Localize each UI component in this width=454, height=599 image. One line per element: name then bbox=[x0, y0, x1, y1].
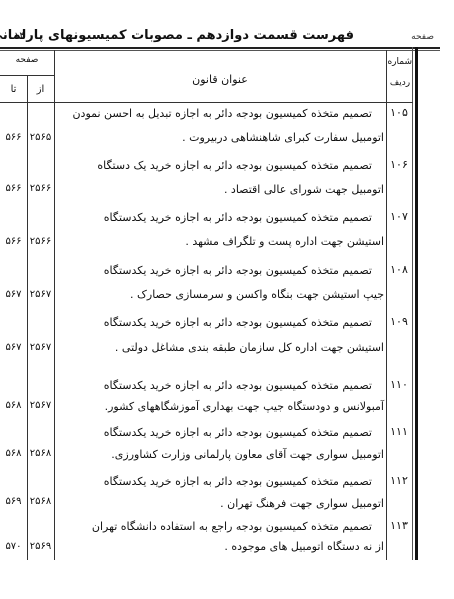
row-title-line2: از نه دستگاه اتومبیل های موجوده . bbox=[224, 540, 384, 554]
row-title-line1: تصمیم متخذه کمیسیون بودجه دائر به اجازه … bbox=[72, 107, 372, 121]
col-header-rownum-1: شماره bbox=[388, 57, 412, 67]
row-title-line1: تصمیم متخذه کمیسیون بودجه راجع به استفاد… bbox=[92, 520, 372, 534]
page-subheader-rule bbox=[0, 75, 54, 76]
page-from: ۲۵۶۶ bbox=[27, 183, 54, 194]
table-right-border bbox=[415, 47, 418, 560]
page-from: ۲۵۶۶ bbox=[27, 236, 54, 247]
row-number: ۱۱۳ bbox=[388, 519, 410, 532]
row-title-line1: تصمیم متخذه کمیسیون بودجه دائر به اجازه … bbox=[104, 211, 372, 225]
page-to: ۵۶۸ bbox=[0, 448, 27, 459]
row-title-line1: تصمیم متخذه کمیسیون بودجه دائر به اجازه … bbox=[104, 379, 372, 393]
row-title-line2: اتومبیل جهت شورای عالی اقتصاد . bbox=[224, 183, 384, 197]
row-number: ۱۱۱ bbox=[388, 425, 410, 438]
page-to: ۵۶۶ bbox=[0, 183, 27, 194]
col-header-rownum-2: ردیف bbox=[388, 78, 412, 88]
row-title-line2: آمبولانس و دودستگاه جیپ جهت بهداری آموزش… bbox=[105, 400, 384, 414]
page-from: ۲۵۶۷ bbox=[27, 342, 54, 353]
col-divider-rownum bbox=[386, 50, 387, 560]
page-to: ۵۷۰ bbox=[0, 541, 27, 552]
page-to: ۵۶۶ bbox=[0, 132, 27, 143]
document-page: صفحه فهرست قسمت دوازدهم ـ مصوبات کمیسیون… bbox=[0, 0, 454, 599]
row-title-line1: تصمیم متخذه کمیسیون بودجه دائر به اجازه … bbox=[104, 426, 372, 440]
row-title-line1: تصمیم متخذه کمیسیون بودجه دائر به اجازه … bbox=[104, 475, 372, 489]
row-number: ۱۰۷ bbox=[388, 210, 410, 223]
page-to: ۵۶۷ bbox=[0, 342, 27, 353]
page-from: ۲۵۶۵ bbox=[27, 132, 54, 143]
col-header-from: از bbox=[27, 84, 54, 95]
col-divider-from-to bbox=[27, 75, 28, 560]
col-header-page: صفحه bbox=[0, 55, 54, 65]
page-from: ۲۵۶۸ bbox=[27, 496, 54, 507]
row-number: ۱۰۸ bbox=[388, 263, 410, 276]
row-number: ۱۱۲ bbox=[388, 474, 410, 487]
page-title: فهرست قسمت دوازدهم ـ مصوبات کمیسیونهای پ… bbox=[0, 28, 354, 43]
page-number: ۱۴ bbox=[14, 31, 25, 42]
page-from: ۲۵۶۹ bbox=[27, 541, 54, 552]
page-to: ۵۶۷ bbox=[0, 289, 27, 300]
col-header-to: تا bbox=[0, 84, 27, 95]
page-to: ۵۶۶ bbox=[0, 236, 27, 247]
row-number: ۱۰۶ bbox=[388, 158, 410, 171]
col-header-title: عنوان قانون bbox=[150, 73, 290, 86]
row-title-line2: استیشن جهت اداره کل سازمان طبقه بندی مشا… bbox=[115, 341, 384, 355]
page-header: صفحه فهرست قسمت دوازدهم ـ مصوبات کمیسیون… bbox=[0, 28, 454, 48]
row-title-line1: تصمیم متخذه کمیسیون بودجه دائر به اجازه … bbox=[104, 316, 372, 330]
page-from: ۲۵۶۷ bbox=[27, 400, 54, 411]
header-rule-thin bbox=[0, 50, 440, 51]
row-title-line2: اتومبیل سفارت کبرای شاهنشاهی دربیروت . bbox=[182, 131, 384, 145]
row-title-line2: استیشن جهت اداره پست و تلگراف مشهد . bbox=[185, 235, 384, 249]
row-title-line2: اتومبیل سواری جهت آقای معاون پارلمانی وز… bbox=[111, 448, 384, 462]
row-title-line1: تصمیم متخذه کمیسیون بودجه دائر به اجازه … bbox=[104, 264, 372, 278]
page-to: ۵۶۸ bbox=[0, 400, 27, 411]
row-title-line2: جیپ استیشن جهت بنگاه واکسن و سرمسازی حصا… bbox=[130, 288, 384, 302]
row-number: ۱۰۹ bbox=[388, 315, 410, 328]
col-divider-title bbox=[54, 50, 55, 560]
row-number: ۱۰۵ bbox=[388, 106, 410, 119]
page-from: ۲۵۶۷ bbox=[27, 289, 54, 300]
row-number: ۱۱۰ bbox=[388, 378, 410, 391]
row-title-line2: اتومبیل سواری جهت فرهنگ تهران . bbox=[220, 497, 384, 511]
header-rule bbox=[0, 47, 440, 49]
page-to: ۵۶۹ bbox=[0, 496, 27, 507]
header-bottom-rule bbox=[0, 102, 413, 103]
page-from: ۲۵۶۸ bbox=[27, 448, 54, 459]
table-right-border-thin bbox=[412, 47, 413, 560]
page-label: صفحه bbox=[411, 32, 434, 42]
row-title-line1: تصمیم متخذه کمیسیون بودجه دائر به اجازه … bbox=[97, 159, 372, 173]
